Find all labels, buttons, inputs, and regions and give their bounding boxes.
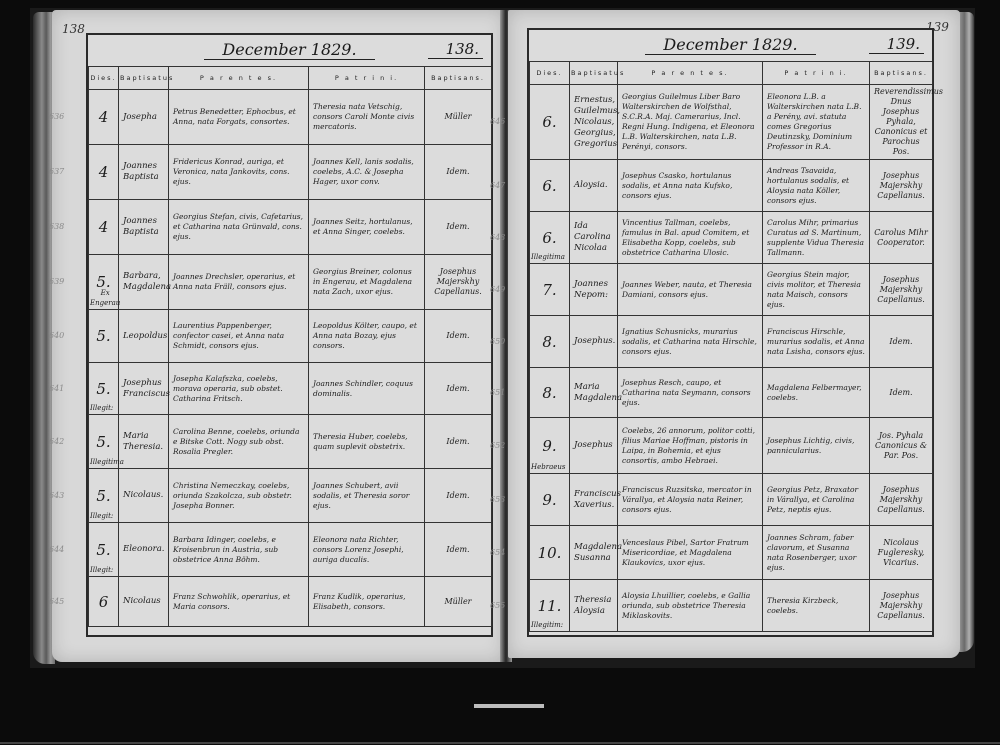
baptisans-cell: Idem. [870, 368, 933, 418]
day-cell: 6425.Illegitima [89, 415, 119, 469]
day-cell: 6466. [530, 85, 570, 160]
legitimacy-note: Illegit: [90, 511, 113, 521]
table-row: 6445.Illegit:Eleonora.Barbara Idinger, c… [89, 523, 492, 577]
baptisatus-cell: Barbara, Magdalena [119, 255, 169, 310]
parentes-cell: Georgius Guilelmus Liber Baro Walterskir… [618, 85, 763, 160]
margin-entry-number: 645 [49, 597, 64, 607]
baptisans-cell: Idem. [425, 200, 492, 255]
table-row: 6374Joannes BaptistaFridericus Konrad, a… [89, 145, 492, 200]
baptisatus-cell: Aloysia. [570, 160, 618, 212]
parentes-cell: Josephus Csasko, hortulanus sodalis, et … [618, 160, 763, 212]
margin-entry-number: 637 [49, 167, 64, 177]
baptisatus-cell: Leopoldus [119, 310, 169, 363]
table-row: 65410.Magdalena SusannaVenceslaus Pibel,… [530, 526, 933, 580]
patrini-cell: Leopoldus Költer, caupo, et Anna nata Bo… [309, 310, 425, 363]
col-parentes: P a r e n t e s. [618, 62, 763, 85]
margin-entry-number: 653 [490, 495, 505, 505]
table-row: 6529.HebraeusJosephusCoelebs, 26 annorum… [530, 418, 933, 474]
margin-entry-number: 636 [49, 112, 64, 122]
baptisatus-cell: Josepha [119, 90, 169, 145]
baptisans-cell: Idem. [425, 523, 492, 577]
day-cell: 65511.Illegitim: [530, 580, 570, 632]
day-value: 6. [542, 177, 556, 195]
legitimacy-note: Illegit: [90, 565, 113, 575]
baptisatus-cell: Joannes Nepom: [570, 264, 618, 316]
margin-entry-number: 638 [49, 222, 64, 232]
right-header-row: Dies. Baptisatus P a r e n t e s. P a t … [530, 62, 933, 85]
day-cell: 6364 [89, 90, 119, 145]
baptisatus-cell: Josephus Franciscus [119, 363, 169, 415]
table-row: 6476.Aloysia.Josephus Csasko, hortulanus… [530, 160, 933, 212]
day-cell: 6415.Illegit: [89, 363, 119, 415]
day-cell: 6508. [530, 316, 570, 368]
parentes-cell: Christina Nemeczkay, coelebs, oriunda Sz… [169, 469, 309, 523]
margin-entry-number: 655 [490, 601, 505, 611]
baptisans-cell: Josephus Majerskhy Capellanus. [870, 474, 933, 526]
table-row: 6508.Josephus.Ignatius Schusnicks, murar… [530, 316, 933, 368]
margin-entry-number: 639 [49, 277, 64, 287]
baptisans-cell: Müller [425, 577, 492, 627]
parentes-cell: Laurentius Pappenberger, confector casei… [169, 310, 309, 363]
baptisatus-cell: Ernestus, Guilelmus, Nicolaus, Georgius,… [570, 85, 618, 160]
patrini-cell: Josephus Lichtig, civis, pannicularius. [763, 418, 870, 474]
patrini-cell: Joannes Kell, lanis sodalis, coelebs, A.… [309, 145, 425, 200]
margin-entry-number: 651 [490, 388, 505, 398]
col-dies: Dies. [89, 67, 119, 90]
patrini-cell: Theresia Kirzbeck, coelebs. [763, 580, 870, 632]
parentes-cell: Josepha Kalafszka, coelebs, morava opera… [169, 363, 309, 415]
patrini-cell: Georgius Stein major, civis molitor, et … [763, 264, 870, 316]
col-patrini: P a t r i n i. [309, 67, 425, 90]
day-value: 6 [99, 593, 109, 611]
patrini-cell: Joannes Schindler, coquus dominalis. [309, 363, 425, 415]
day-value: 5. [96, 380, 110, 398]
day-value: 6. [542, 113, 556, 131]
patrini-cell: Magdalena Felbermayer, coelebs. [763, 368, 870, 418]
legitimacy-note: Illegit: [90, 403, 113, 413]
day-cell: 6435.Illegit: [89, 469, 119, 523]
table-row: 65511.Illegitim:Theresia AloysiaAloysia … [530, 580, 933, 632]
baptisatus-cell: Joannes Baptista [119, 145, 169, 200]
day-value: 8. [542, 384, 556, 402]
day-cell: 6456 [89, 577, 119, 627]
day-value: 8. [542, 333, 556, 351]
legitimacy-note: Illegitima [531, 252, 565, 262]
margin-entry-number: 641 [49, 384, 64, 394]
parentes-cell: Vincentius Tallman, coelebs, famulus in … [618, 212, 763, 264]
left-month-text: December 1829. [204, 40, 374, 60]
day-value: 5. [96, 487, 110, 505]
scroll-indicator[interactable] [474, 704, 544, 708]
legitimacy-note: Ex Engerau [90, 288, 120, 308]
baptisans-cell: Idem. [425, 310, 492, 363]
patrini-cell: Theresia Huber, coelebs, quam suplevit o… [309, 415, 425, 469]
baptisans-cell: Josephus Majerskhy Capellanus. [870, 264, 933, 316]
baptisatus-cell: Franciscus Xaverius. [570, 474, 618, 526]
day-value: 9. [542, 491, 556, 509]
table-row: 6435.Illegit:Nicolaus.Christina Nemeczka… [89, 469, 492, 523]
margin-entry-number: 652 [490, 441, 505, 451]
left-header-row: Dies. Baptisatus P a r e n t e s. P a t … [89, 67, 492, 90]
day-value: 9. [542, 437, 556, 455]
table-row: 6486.IllegitimaIda Carolina NicolaaVince… [530, 212, 933, 264]
margin-entry-number: 640 [49, 331, 64, 341]
margin-entry-number: 643 [49, 491, 64, 501]
margin-entry-number: 642 [49, 437, 64, 447]
day-cell: 6539. [530, 474, 570, 526]
right-page-edges [958, 12, 974, 652]
parentes-cell: Josephus Resch, caupo, et Catharina nata… [618, 368, 763, 418]
day-cell: 65410. [530, 526, 570, 580]
day-value: 10. [538, 544, 562, 562]
baptisans-cell: Nicolaus Fugleresky, Vicarius. [870, 526, 933, 580]
baptisans-cell: Josephus Majerskhy Capellanus. [425, 255, 492, 310]
baptisans-cell: Idem. [425, 363, 492, 415]
table-row: 6395.Ex EngerauBarbara, MagdalenaJoannes… [89, 255, 492, 310]
baptisans-cell: Idem. [425, 469, 492, 523]
baptisatus-cell: Joannes Baptista [119, 200, 169, 255]
viewer-baseline [0, 742, 1000, 744]
col-baptisatus: Baptisatus [119, 67, 169, 90]
left-title-row: December 1829. 138. [88, 35, 491, 67]
margin-entry-number: 646 [490, 117, 505, 127]
patrini-cell: Carolus Mihr, primarius Curatus ad S. Ma… [763, 212, 870, 264]
parentes-cell: Barbara Idinger, coelebs, e Kroisenbrun … [169, 523, 309, 577]
left-corner-folio: 138 [62, 22, 85, 36]
day-cell: 6486.Illegitima [530, 212, 570, 264]
margin-entry-number: 647 [490, 181, 505, 191]
day-cell: 6384 [89, 200, 119, 255]
day-value: 11. [538, 597, 562, 615]
parentes-cell: Georgius Stefan, civis, Cafetarius, et C… [169, 200, 309, 255]
margin-entry-number: 648 [490, 233, 505, 243]
parentes-cell: Carolina Benne, coelebs, oriunda e Bitsk… [169, 415, 309, 469]
baptisans-cell: Jos. Pyhala Canonicus & Par. Pos. [870, 418, 933, 474]
day-cell: 6445.Illegit: [89, 523, 119, 577]
day-cell: 6395.Ex Engerau [89, 255, 119, 310]
table-row: 6405.LeopoldusLaurentius Pappenberger, c… [89, 310, 492, 363]
left-register-table: December 1829. 138. Dies. Baptisatus P a… [86, 33, 493, 637]
day-value: 4 [99, 108, 109, 126]
table-row: 6456NicolausFranz Schwohlik, operarius, … [89, 577, 492, 627]
patrini-cell: Georgius Breiner, colonus in Engerau, et… [309, 255, 425, 310]
margin-entry-number: 649 [490, 285, 505, 295]
patrini-cell: Andreas Tsavaida, hortulanus sodalis, et… [763, 160, 870, 212]
col-dies: Dies. [530, 62, 570, 85]
col-baptisans: Baptisans. [425, 67, 492, 90]
parentes-cell: Coelebs, 26 annorum, politor cotti, fili… [618, 418, 763, 474]
table-row: 6466.Ernestus, Guilelmus, Nicolaus, Geor… [530, 85, 933, 160]
day-value: 5. [96, 327, 110, 345]
baptisatus-cell: Nicolaus. [119, 469, 169, 523]
baptisans-cell: Josephus Majerskhy Capellanus. [870, 160, 933, 212]
baptisatus-cell: Maria Theresia. [119, 415, 169, 469]
table-row: 6497.Joannes Nepom:Joannes Weber, nauta,… [530, 264, 933, 316]
baptisans-cell: Idem. [425, 415, 492, 469]
patrini-cell: Eleonora nata Richter, consors Lorenz Jo… [309, 523, 425, 577]
parentes-cell: Petrus Benedetter, Ephocbus, et Anna, na… [169, 90, 309, 145]
baptisatus-cell: Nicolaus [119, 577, 169, 627]
parentes-cell: Franciscus Ruzsitska, mercator in Várall… [618, 474, 763, 526]
parentes-cell: Joannes Weber, nauta, et Theresia Damian… [618, 264, 763, 316]
patrini-cell: Franz Kudlik, operarius, Elisabeth, cons… [309, 577, 425, 627]
baptisatus-cell: Maria Magdalena [570, 368, 618, 418]
baptisatus-cell: Magdalena Susanna [570, 526, 618, 580]
parentes-cell: Franz Schwohlik, operarius, et Maria con… [169, 577, 309, 627]
patrini-cell: Georgius Petz, Braxator in Várallya, et … [763, 474, 870, 526]
baptisatus-cell: Eleonora. [119, 523, 169, 577]
day-value: 4 [99, 218, 109, 236]
baptisatus-cell: Ida Carolina Nicolaa [570, 212, 618, 264]
day-cell: 6374 [89, 145, 119, 200]
margin-entry-number: 654 [490, 548, 505, 558]
col-baptisatus: Baptisatus [570, 62, 618, 85]
day-value: 7. [542, 281, 556, 299]
patrini-cell: Theresia nata Vetschig, consors Caroli M… [309, 90, 425, 145]
table-row: 6364JosephaPetrus Benedetter, Ephocbus, … [89, 90, 492, 145]
day-cell: 6518. [530, 368, 570, 418]
right-title-row: December 1829. 139. [529, 30, 932, 62]
patrini-cell: Joannes Schubert, avii sodalis, et There… [309, 469, 425, 523]
day-cell: 6405. [89, 310, 119, 363]
patrini-cell: Joannes Schram, faber clavorum, et Susan… [763, 526, 870, 580]
parentes-cell: Ignatius Schusnicks, murarius sodalis, e… [618, 316, 763, 368]
day-value: 5. [96, 541, 110, 559]
baptisatus-cell: Josephus. [570, 316, 618, 368]
day-cell: 6529.Hebraeus [530, 418, 570, 474]
right-baptism-table: Dies. Baptisatus P a r e n t e s. P a t … [529, 62, 933, 632]
table-row: 6415.Illegit:Josephus FranciscusJosepha … [89, 363, 492, 415]
table-row: 6539.Franciscus Xaverius.Franciscus Ruzs… [530, 474, 933, 526]
baptisans-cell: Carolus Mihr Cooperator. [870, 212, 933, 264]
parentes-cell: Aloysia Lhuillier, coelebs, e Gallia ori… [618, 580, 763, 632]
parentes-cell: Fridericus Konrad, auriga, et Veronica, … [169, 145, 309, 200]
baptisatus-cell: Josephus [570, 418, 618, 474]
baptisans-cell: Josephus Majerskhy Capellanus. [870, 580, 933, 632]
table-row: 6518.Maria MagdalenaJosephus Resch, caup… [530, 368, 933, 418]
baptisans-cell: Müller [425, 90, 492, 145]
patrini-cell: Franciscus Hirschle, murarius sodalis, e… [763, 316, 870, 368]
col-parentes: P a r e n t e s. [169, 67, 309, 90]
baptisans-cell: Reverendissimus Dnus Josephus Pyhala, Ca… [870, 85, 933, 160]
margin-entry-number: 644 [49, 545, 64, 555]
col-baptisans: Baptisans. [870, 62, 933, 85]
day-value: 5. [96, 433, 110, 451]
table-row: 6425.IllegitimaMaria Theresia.Carolina B… [89, 415, 492, 469]
day-cell: 6476. [530, 160, 570, 212]
day-value: 6. [542, 229, 556, 247]
right-register-table: December 1829. 139. Dies. Baptisatus P a… [527, 28, 934, 637]
legitimacy-note: Hebraeus [531, 462, 566, 472]
right-month-text: December 1829. [645, 35, 815, 55]
baptisans-cell: Idem. [870, 316, 933, 368]
col-patrini: P a t r i n i. [763, 62, 870, 85]
day-value: 4 [99, 163, 109, 181]
table-row: 6384Joannes BaptistaGeorgius Stefan, civ… [89, 200, 492, 255]
baptisatus-cell: Theresia Aloysia [570, 580, 618, 632]
left-page-number: 138. [428, 40, 483, 59]
patrini-cell: Eleonora L.B. a Walterskirchen nata L.B.… [763, 85, 870, 160]
right-page-number: 139. [869, 35, 924, 54]
baptisans-cell: Idem. [425, 145, 492, 200]
margin-entry-number: 650 [490, 337, 505, 347]
legitimacy-note: Illegitim: [531, 620, 563, 630]
parentes-cell: Joannes Drechsler, operarius, et Anna na… [169, 255, 309, 310]
day-cell: 6497. [530, 264, 570, 316]
patrini-cell: Joannes Seitz, hortulanus, et Anna Singe… [309, 200, 425, 255]
parentes-cell: Venceslaus Pibel, Sartor Fratrum Miseric… [618, 526, 763, 580]
left-baptism-table: Dies. Baptisatus P a r e n t e s. P a t … [88, 67, 492, 627]
